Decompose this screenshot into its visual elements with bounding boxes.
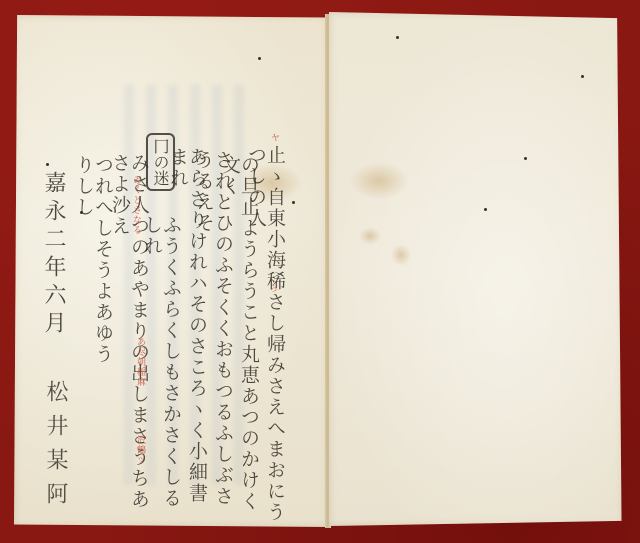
signature: 松井某阿 — [40, 380, 71, 516]
water-stain — [359, 227, 381, 245]
boxed-heading: 冂の迷 — [146, 133, 175, 191]
red-annotation-4: あ尽朝稲麻 — [134, 337, 147, 387]
ink-speck — [484, 208, 487, 211]
red-annotation-1: ヤ — [268, 133, 281, 143]
ink-speck — [292, 201, 295, 204]
water-stain — [391, 244, 411, 266]
ink-speck — [581, 75, 584, 78]
open-manuscript: 止ゝ自東小海稀さし帰みさえへまおにうつしの人 の旦止ようらうこと丸恵あつのかけく… — [14, 12, 626, 530]
text-columns: 止ゝ自東小海稀さし帰みさえへまおにうつしの人 の旦止ようらうこと丸恵あつのかけく… — [14, 15, 328, 527]
left-page: 止ゝ自東小海稀さし帰みさえへまおにうつしの人 の旦止ようらうこと丸恵あつのかけく… — [14, 15, 328, 527]
ink-speck — [80, 211, 83, 214]
ink-speck — [258, 57, 261, 60]
text-column-7: つれへしそうよあゆうりしし — [74, 155, 112, 375]
red-annotation-5: 沢鶴ツ — [134, 435, 147, 465]
water-stain — [349, 162, 409, 200]
red-annotation-2: ら — [266, 283, 279, 293]
ink-speck — [396, 36, 399, 39]
red-annotation-3: ゐくとさなる — [130, 175, 143, 235]
ink-speck — [46, 163, 49, 166]
right-page — [329, 12, 623, 526]
ink-speck — [524, 157, 527, 160]
date-line: 嘉永二年六月 — [38, 171, 69, 339]
